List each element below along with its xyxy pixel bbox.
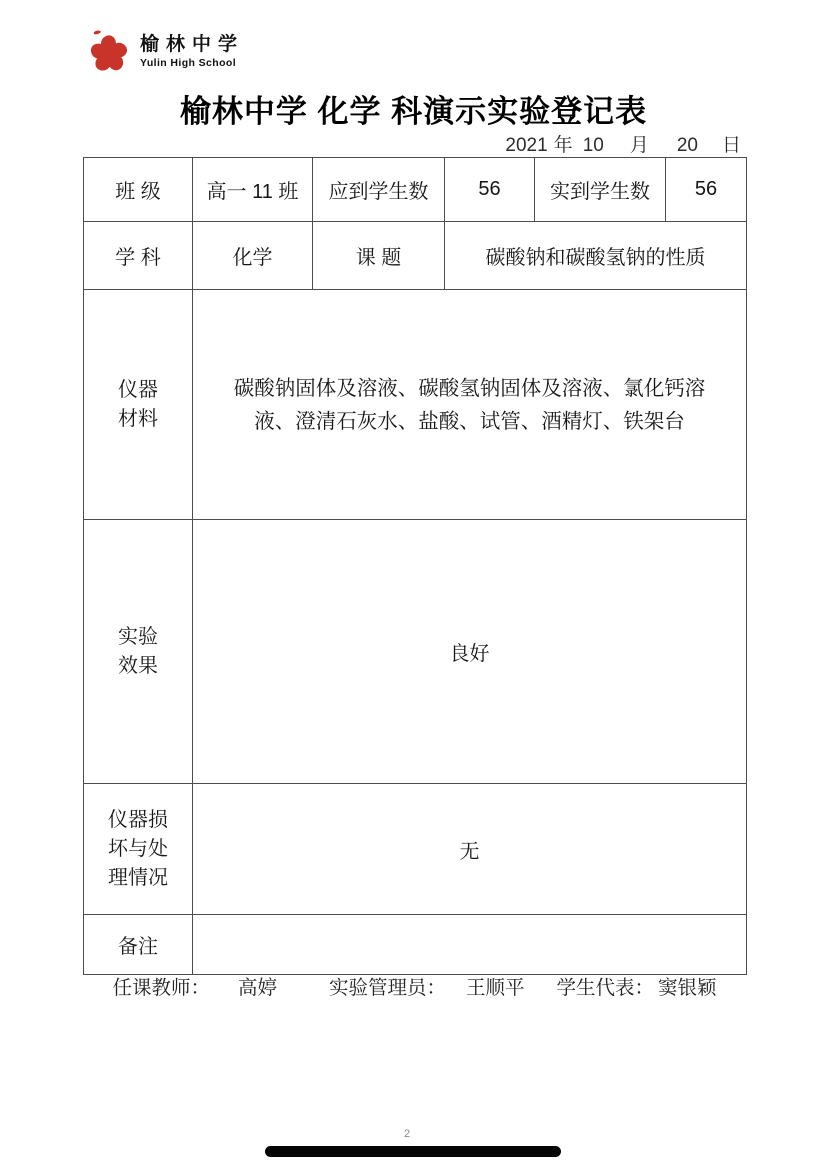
- row-materials: 仪器 材料 碳酸钠固体及溶液、碳酸氢钠固体及溶液、氯化钙溶 液、澄清石灰水、盐酸…: [84, 290, 747, 520]
- class-value-cell: 高一 11 班: [193, 158, 313, 222]
- row-remarks: 备注: [84, 915, 747, 975]
- date-year: 2021: [505, 135, 547, 157]
- row-damage: 仪器损 坏与处 理情况 无: [84, 784, 747, 915]
- date-day: 20: [677, 135, 698, 157]
- student-label: 学生代表：: [557, 972, 655, 1000]
- damage-label: 仪器损 坏与处 理情况: [88, 806, 188, 893]
- row-effect: 实验 效果 良好: [84, 520, 747, 784]
- materials-label-cell: 仪器 材料: [84, 290, 193, 520]
- date-month: 10: [583, 135, 604, 157]
- school-logo-text: 榆林中学 Yulin High School: [140, 35, 244, 69]
- remarks-label-cell: 备注: [84, 915, 193, 975]
- subject-label-cell: 学 科: [84, 222, 193, 290]
- materials-content: 碳酸钠固体及溶液、碳酸氢钠固体及溶液、氯化钙溶 液、澄清石灰水、盐酸、试管、酒精…: [197, 372, 742, 438]
- damage-content-cell: 无: [193, 784, 747, 915]
- school-name-cn: 榆林中学: [140, 35, 244, 56]
- plum-blossom-icon: [86, 28, 132, 76]
- topic-value-cell: 碳酸钠和碳酸氢钠的性质: [445, 222, 747, 290]
- materials-label: 仪器 材料: [88, 376, 188, 434]
- actual-students-label-cell: 实到学生数: [535, 158, 666, 222]
- damage-label-cell: 仪器损 坏与处 理情况: [84, 784, 193, 915]
- manager-name: 王顺平: [466, 972, 525, 1000]
- school-name-en: Yulin High School: [140, 58, 244, 70]
- document-page: 榆林中学 Yulin High School 榆林中学 化学 科演示实验登记表 …: [0, 0, 827, 1172]
- remarks-content-cell: [193, 915, 747, 975]
- teacher-label: 任课教师：: [112, 972, 210, 1000]
- form-title: 榆林中学 化学 科演示实验登记表: [0, 86, 827, 131]
- effect-label-cell: 实验 效果: [84, 520, 193, 784]
- expected-students-value-cell: 56: [445, 158, 535, 222]
- materials-content-cell: 碳酸钠固体及溶液、碳酸氢钠固体及溶液、氯化钙溶 液、澄清石灰水、盐酸、试管、酒精…: [193, 290, 747, 520]
- home-indicator-bar: [265, 1146, 561, 1157]
- actual-students-value-cell: 56: [666, 158, 747, 222]
- effect-label: 实验 效果: [88, 623, 188, 681]
- date-month-unit: 月: [630, 130, 649, 157]
- experiment-registration-table: 班 级 高一 11 班 应到学生数 56 实到学生数 56 学 科 化学 课 题…: [83, 157, 747, 975]
- effect-content-cell: 良好: [193, 520, 747, 784]
- school-logo: 榆林中学 Yulin High School: [86, 28, 244, 76]
- expected-students-label-cell: 应到学生数: [313, 158, 445, 222]
- teacher-name: 高婷: [238, 972, 277, 1000]
- row-class: 班 级 高一 11 班 应到学生数 56 实到学生数 56: [84, 158, 747, 222]
- student-name: 窦银颖: [658, 972, 717, 1000]
- row-subject: 学 科 化学 课 题 碳酸钠和碳酸氢钠的性质: [84, 222, 747, 290]
- manager-label: 实验管理员：: [329, 972, 446, 1000]
- page-number: 2: [404, 1128, 410, 1140]
- signature-line: 任课教师： 高婷 实验管理员： 王顺平 学生代表： 窦银颖: [83, 972, 746, 1000]
- date-line: 2021 年 10 月 20 日: [83, 130, 743, 157]
- class-label-cell: 班 级: [84, 158, 193, 222]
- topic-label-cell: 课 题: [313, 222, 445, 290]
- subject-value-cell: 化学: [193, 222, 313, 290]
- date-day-unit: 日: [722, 130, 741, 157]
- date-year-unit: 年: [554, 130, 573, 157]
